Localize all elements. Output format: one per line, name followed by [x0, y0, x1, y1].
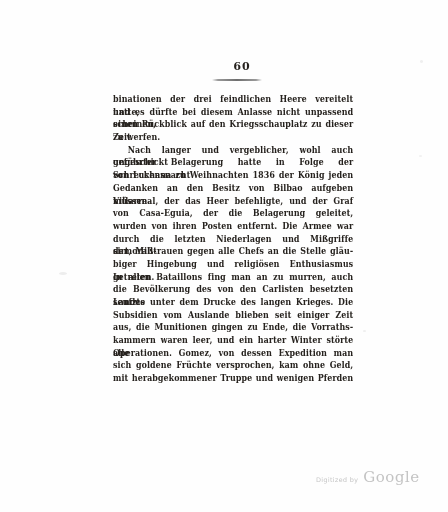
header-rule — [212, 79, 262, 81]
text-line: die Bevölkerung des von den Carlisten be… — [113, 284, 353, 297]
text-line: Nach langer und vergeblicher, wohl auch … — [113, 145, 353, 158]
scan-speck — [419, 155, 422, 157]
text-line: Gedanken an den Besitz von Bilbao aufgeb… — [113, 183, 353, 196]
text-line: zu werfen. — [113, 132, 353, 145]
text-line: biger Hingebung und religiösen Enthusias… — [113, 259, 353, 272]
text-line: binationen der drei feindlichen Heere ve… — [113, 94, 353, 107]
google-logo: Google — [363, 468, 419, 486]
page-number: 60 — [233, 60, 250, 73]
text-line: von Casa-Eguia, der die Belagerung gelei… — [113, 208, 353, 221]
text-line: aus, die Munitionen gingen zu Ende, die … — [113, 322, 353, 335]
text-line: Subsidien vom Auslande blieben seit eini… — [113, 310, 353, 323]
body-text: binationen der drei feindlichen Heere ve… — [113, 94, 353, 386]
text-line: Villarreal, der das Heer befehligte, und… — [113, 196, 353, 209]
scan-speck — [363, 330, 366, 332]
text-line: wurden von ihren Posten entfernt. Die Ar… — [113, 221, 353, 234]
text-line: In allen Bataillons fing man an zu murre… — [113, 272, 353, 285]
scanned-book-page: 60 binationen der drei feindlichen Heere… — [0, 0, 448, 512]
text-line: durch die letzten Niederlagen und Mißgri… — [113, 234, 353, 247]
text-line: von Luchana zu Weihnachten 1836 der Köni… — [113, 170, 353, 183]
text-line: einen Rückblick auf den Kriegsschauplatz… — [113, 119, 353, 132]
text-line: kammern waren leer, und ein harter Winte… — [113, 335, 353, 348]
text-line: geführter Belagerung hatte in Folge der … — [113, 157, 353, 170]
text-line: sirt, Mißtrauen gegen alle Chefs an die … — [113, 246, 353, 259]
watermark-prefix: Digitized by — [316, 476, 358, 484]
watermark: Digitized by Google — [316, 468, 420, 486]
text-line: und es dürfte bei diesem Anlasse nicht u… — [113, 107, 353, 120]
scan-speck — [59, 272, 67, 275]
text-line: sich goldene Früchte versprochen, kam oh… — [113, 360, 353, 373]
text-line: mit herabgekommener Truppe und wenigen P… — [113, 373, 353, 386]
text-line: seufzte unter dem Drucke des langen Krie… — [113, 297, 353, 310]
text-line: Operationen. Gomez, von dessen Expeditio… — [113, 348, 353, 361]
scan-speck — [420, 60, 423, 63]
